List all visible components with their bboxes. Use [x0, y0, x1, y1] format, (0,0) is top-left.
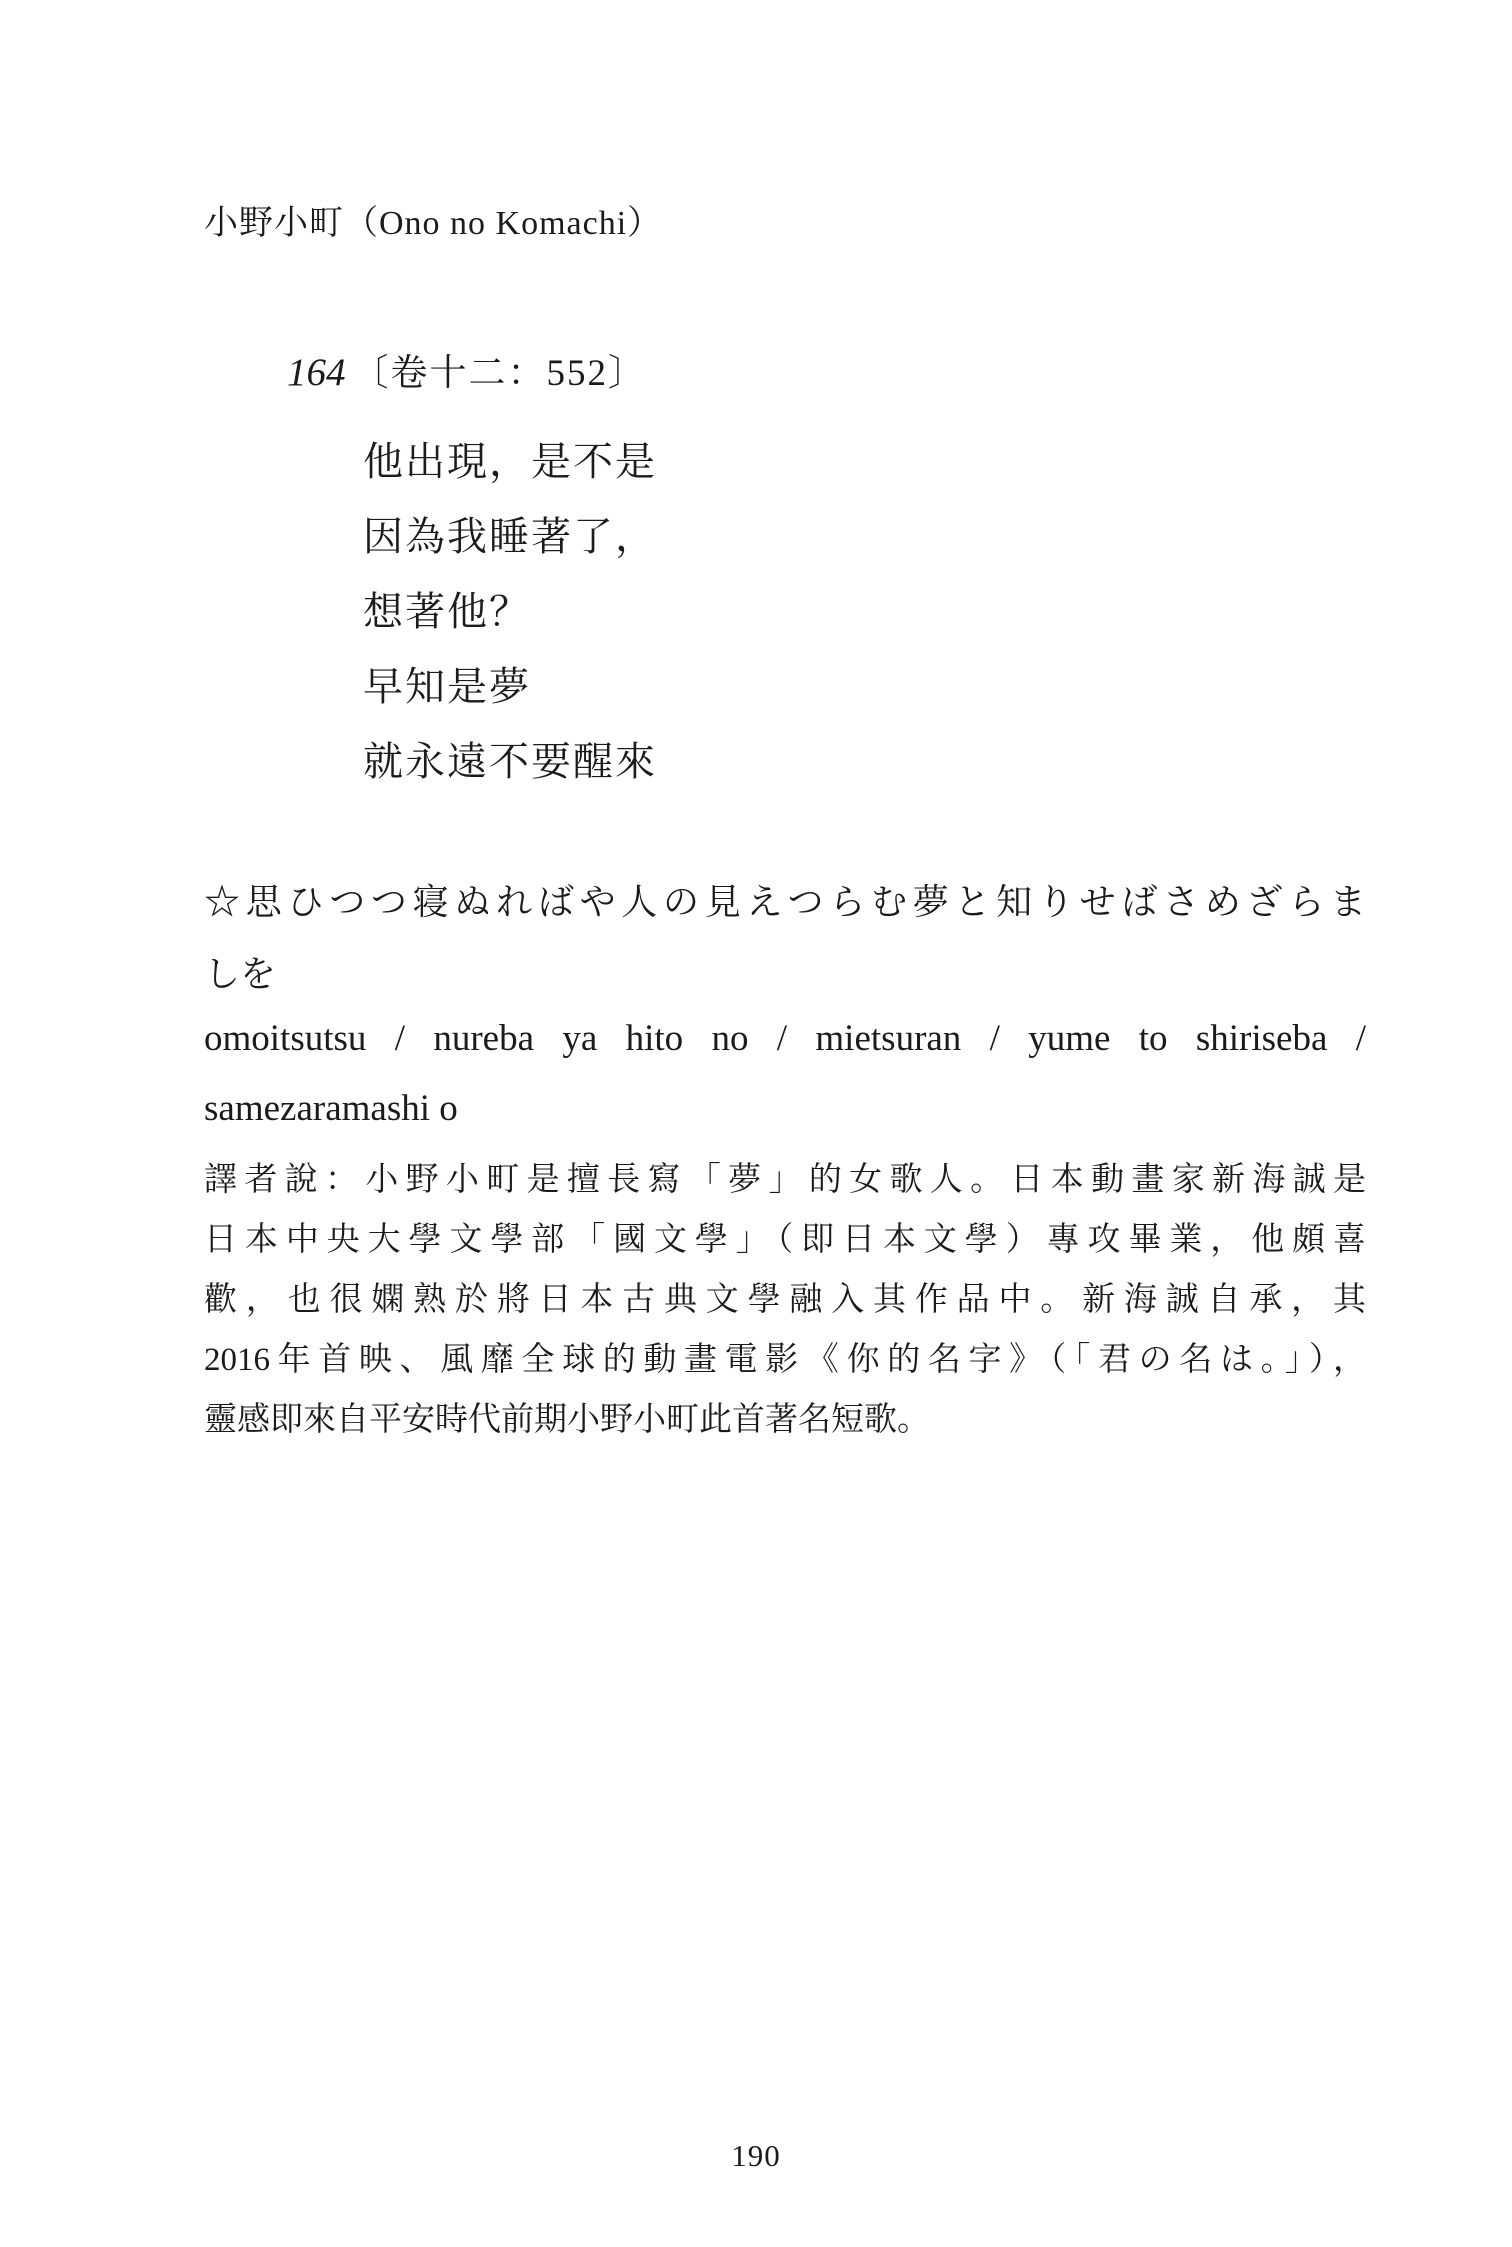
poem-translation-line: 早知是夢	[363, 649, 1163, 724]
translator-note-line: 歡，也很嫻熟於將日本古典文學融入其作品中。新海誠自承，其	[204, 1270, 1366, 1330]
poem-translation-line: 就永遠不要醒來	[363, 724, 1163, 799]
book-page: 小野小町（Ono no Komachi） 164〔卷十二：552〕 他出現，是不…	[0, 0, 1512, 2247]
poem-romaji-line: samezaramashi o	[204, 1074, 1366, 1144]
translator-note-block: 譯者說：小野小町是擅長寫「夢」的女歌人。日本動畫家新海誠是 日本中央大學文學部「…	[204, 1150, 1366, 1450]
poem-heading: 164〔卷十二：552〕	[287, 350, 647, 397]
poem-original-line: しを	[204, 938, 1366, 1010]
poem-translation-line: 因為我睡著了，	[363, 499, 1163, 574]
translator-note-line: 2016年首映、風靡全球的動畫電影《你的名字》（「君の名は。」），	[204, 1330, 1366, 1390]
poem-romaji-block: omoitsutsu / nureba ya hito no / mietsur…	[204, 1004, 1366, 1144]
translator-note-line: 日本中央大學文學部「國文學」（即日本文學）專攻畢業，他頗喜	[204, 1210, 1366, 1270]
poem-source-ref: 〔卷十二：552〕	[352, 353, 648, 394]
poem-translation-line: 想著他？	[363, 574, 1163, 649]
poem-translation-line: 他出現，是不是	[363, 424, 1163, 499]
poem-translation-block: 他出現，是不是 因為我睡著了， 想著他？ 早知是夢 就永遠不要醒來	[363, 424, 1163, 799]
translator-note-line: 譯者說：小野小町是擅長寫「夢」的女歌人。日本動畫家新海誠是	[204, 1150, 1366, 1210]
poem-original-japanese-block: ☆思ひつつ寝ぬればや人の見えつらむ夢と知りせばさめざらま しを	[204, 866, 1366, 1010]
translator-note-line: 靈感即來自平安時代前期小野小町此首著名短歌。	[204, 1390, 1366, 1450]
page-number: 190	[0, 2138, 1512, 2174]
poem-romaji-line: omoitsutsu / nureba ya hito no / mietsur…	[204, 1004, 1366, 1074]
poet-name-heading: 小野小町（Ono no Komachi）	[204, 200, 662, 248]
poem-original-line: ☆思ひつつ寝ぬればや人の見えつらむ夢と知りせばさめざらま	[204, 866, 1366, 938]
poem-number: 164	[287, 351, 346, 394]
